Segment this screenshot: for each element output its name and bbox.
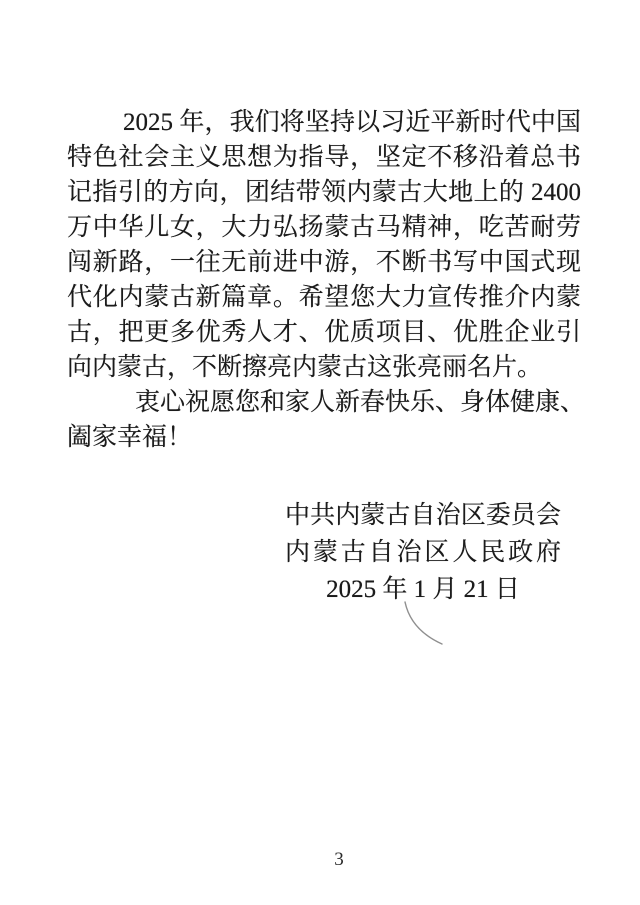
body-line: 特色社会主义思想为指导，坚定不移沿着总书 — [67, 140, 581, 175]
signature-org-peoples-government: 内蒙古自治区人民政府 — [285, 534, 561, 571]
body-line: 向内蒙古，不断擦亮内蒙古这张亮丽名片。 — [67, 350, 581, 385]
body-line: 闯新路，一往无前进中游，不断书写中国式现 — [67, 245, 581, 280]
body-line: 衷心祝愿您和家人新春快乐、身体健康、 — [67, 385, 581, 420]
page-number: 3 — [319, 849, 359, 871]
scanned-letter-page: 2025 年，我们将坚持以习近平新时代中国 特色社会主义思想为指导，坚定不移沿着… — [0, 0, 640, 905]
body-line: 阖家幸福！ — [67, 420, 581, 455]
body-line: 记指引的方向，团结带领内蒙古大地上的 2400 — [67, 175, 581, 210]
body-line: 2025 年，我们将坚持以习近平新时代中国 — [67, 105, 581, 140]
signature-date: 2025 年 1 月 21 日 — [285, 571, 561, 608]
signature-org-party-committee: 中共内蒙古自治区委员会 — [285, 497, 561, 534]
signature-block: 中共内蒙古自治区委员会 内蒙古自治区人民政府 2025 年 1 月 21 日 — [285, 497, 561, 608]
body-line: 代化内蒙古新篇章。希望您大力宣传推介内蒙 — [67, 280, 581, 315]
letter-body: 2025 年，我们将坚持以习近平新时代中国 特色社会主义思想为指导，坚定不移沿着… — [67, 105, 581, 455]
body-line: 古，把更多优秀人才、优质项目、优胜企业引 — [67, 315, 581, 350]
body-line: 万中华儿女，大力弘扬蒙古马精神，吃苦耐劳 — [67, 210, 581, 245]
